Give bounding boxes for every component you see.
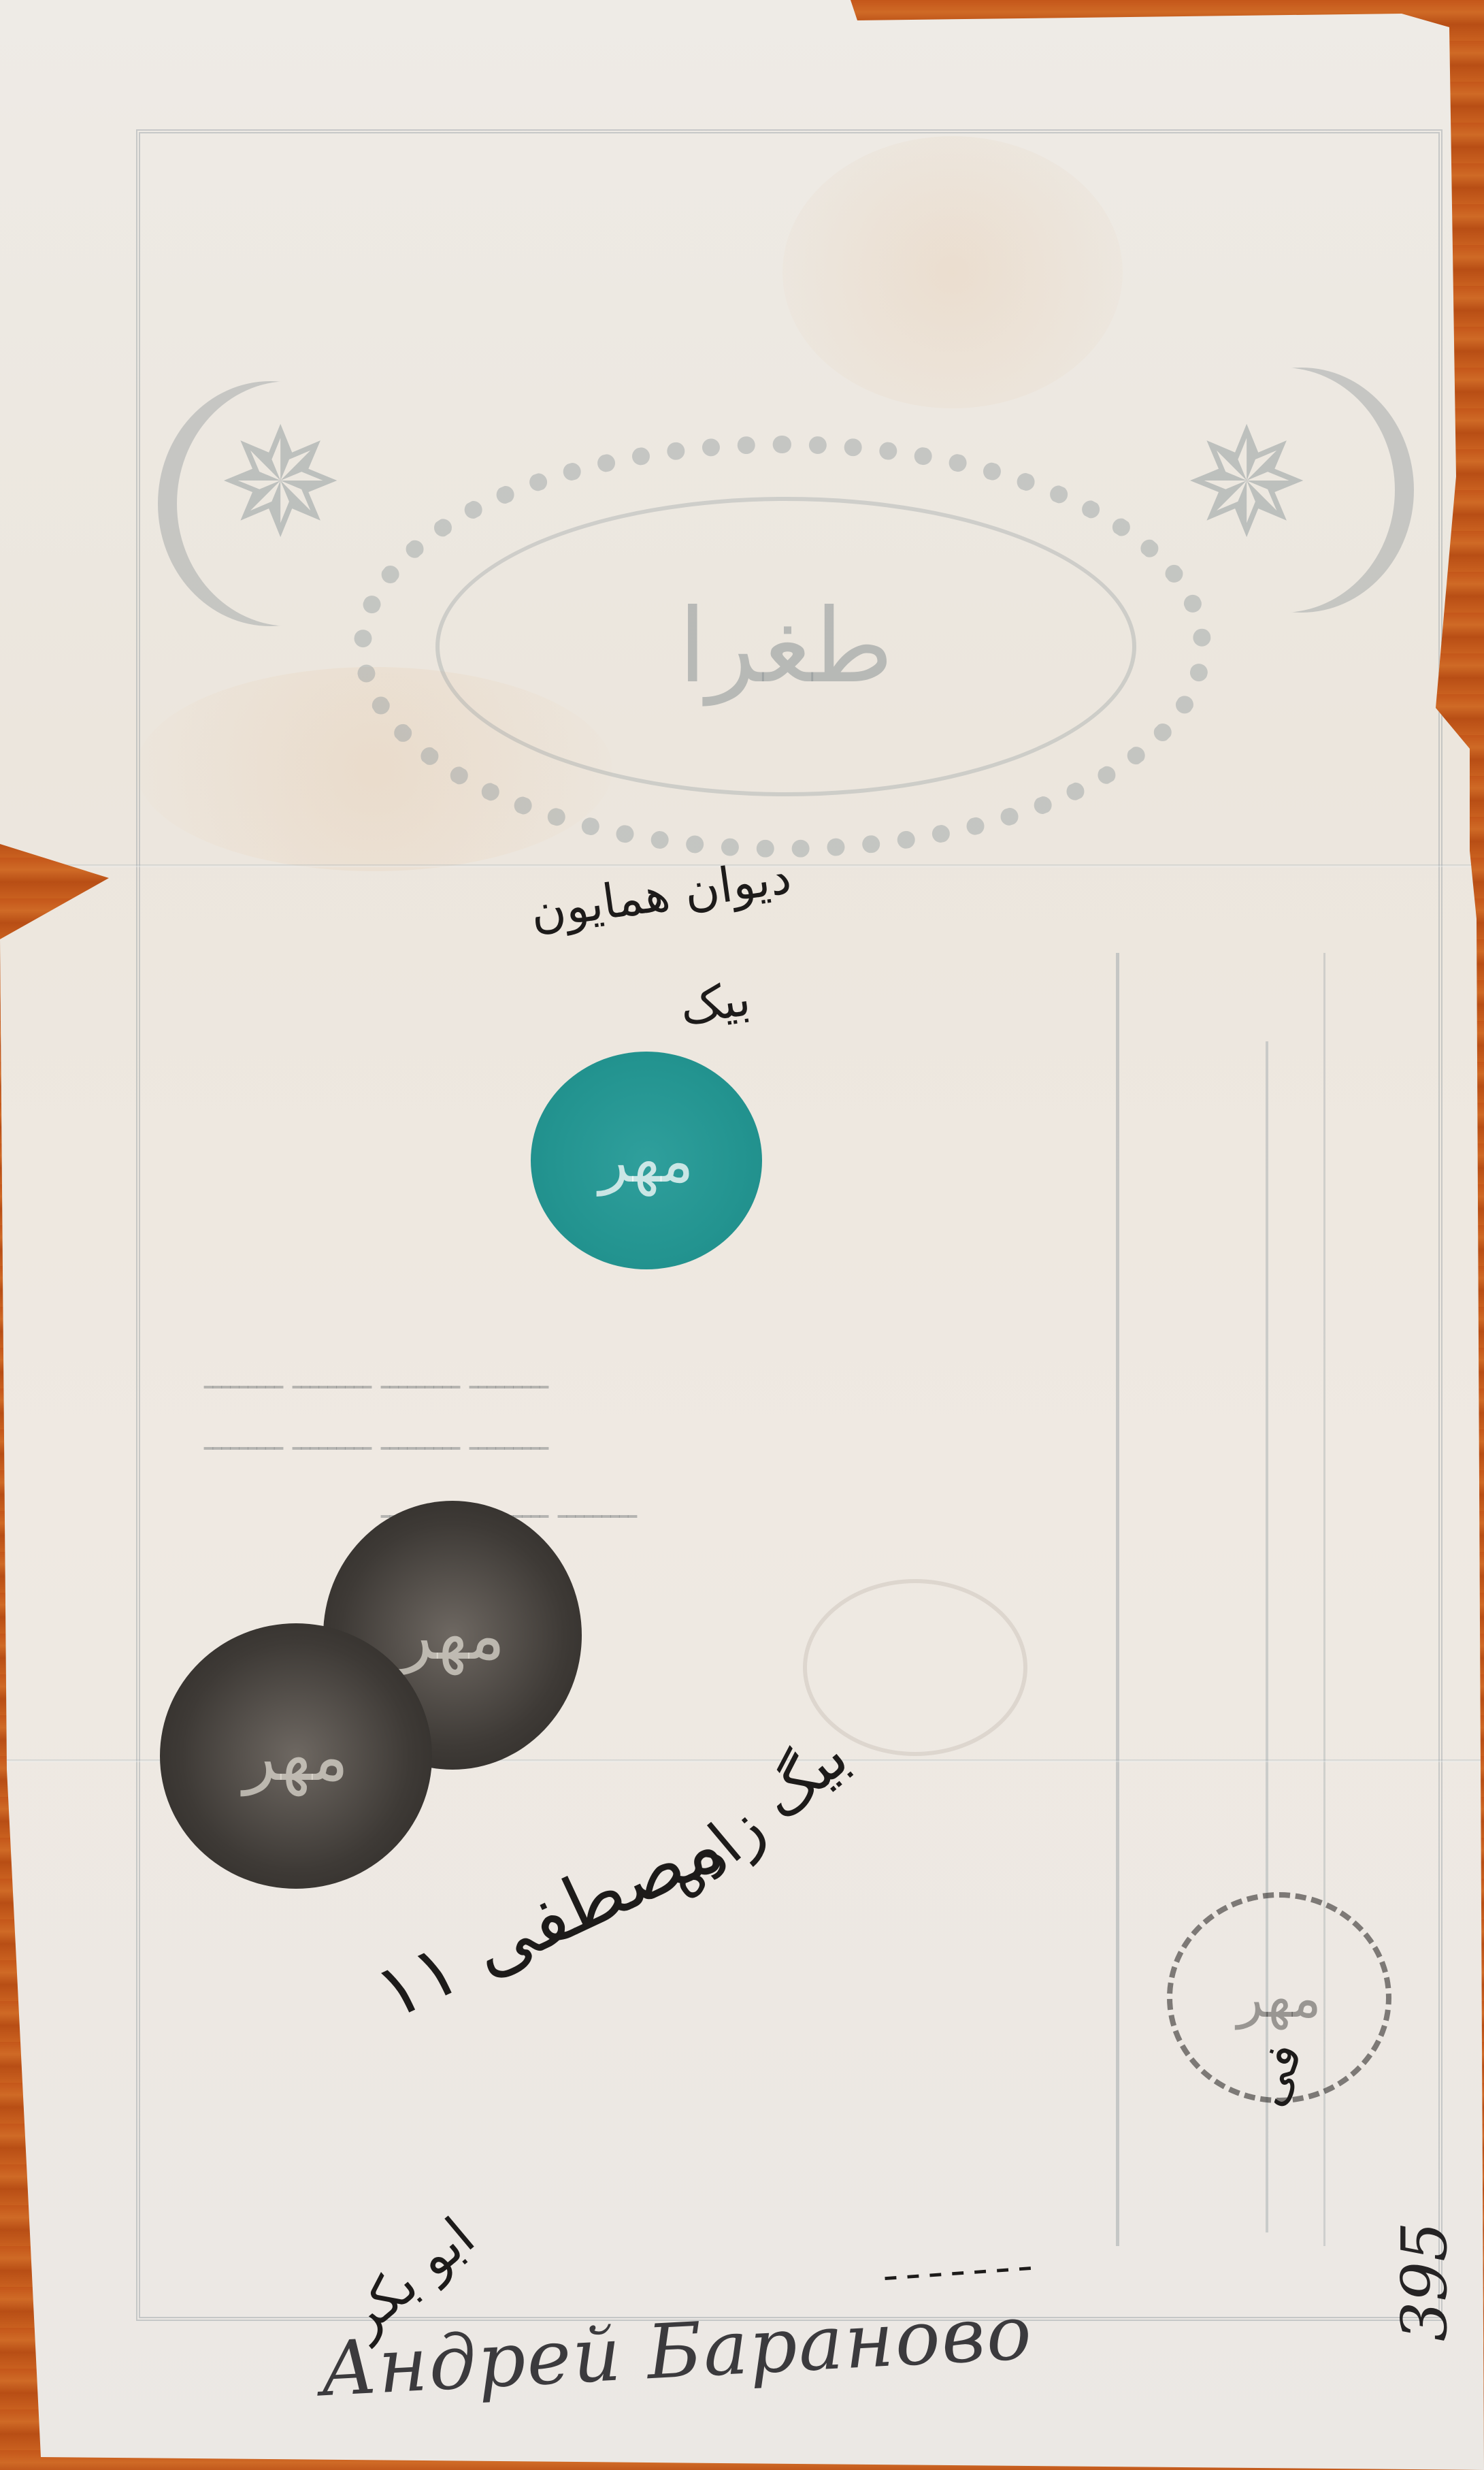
handwritten-subheading: بیک xyxy=(676,971,754,1036)
teal-seal-stamp: مهر xyxy=(531,1052,762,1269)
seal-inscription: مهر xyxy=(1237,1966,1321,2030)
black-seal-stamp: مهر xyxy=(160,1623,432,1889)
seal-inscription: مهر xyxy=(400,1595,506,1675)
tughra-emblem: طغرا xyxy=(435,497,1136,796)
faint-seal-impression xyxy=(803,1579,1027,1756)
tughra-script: طغرا xyxy=(678,587,893,706)
printed-text-line: ـــــــــ ـــــــــ ـــــــــ ـــــــــ xyxy=(204,1423,548,1457)
printed-text-line: ـــــــــ ـــــــــ ـــــــــ ـــــــــ xyxy=(204,1361,548,1396)
seal-inscription: مهر xyxy=(244,1717,349,1796)
seal-inscription: مهر xyxy=(599,1125,693,1197)
document-paper: ✵ ✵ طغرا دیوان همایون بیک مهر ـــــــــ … xyxy=(0,0,1484,2470)
star-icon: ✵ xyxy=(1184,408,1309,558)
archive-number: 395 xyxy=(1388,2222,1461,2341)
star-icon: ✵ xyxy=(218,408,343,558)
